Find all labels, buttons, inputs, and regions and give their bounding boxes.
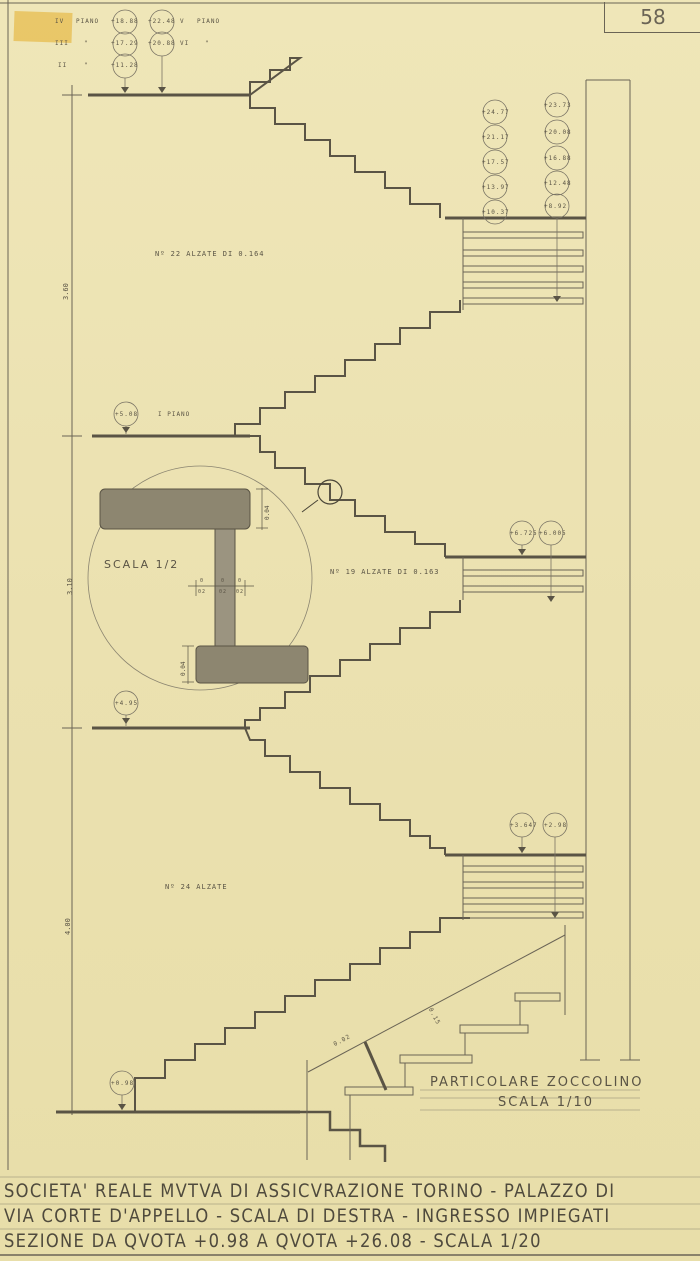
dimension-label: 02 [236,589,244,595]
dimension-label: 0 [200,578,204,584]
title-line-2: VIA CORTE D'APPELLO - SCALA DI DESTRA - … [4,1205,599,1227]
dimension-label: 3.60 [62,283,70,300]
level-value: +3.647 [510,822,538,829]
dimension-label: 0 [238,578,242,584]
legend-floor-v: V [180,18,185,25]
legend-label: PIANO [197,18,220,25]
legend-label: " [84,62,89,69]
flight-label: Nº 19 ALZATE DI 0.163 [330,568,440,576]
level-value: +12.48 [544,180,572,187]
level-value: +20.08 [544,129,572,136]
level-value: +8.92 [544,203,567,210]
level-value: +4.95 [115,700,138,707]
detail-scale-label: SCALA 1/2 [104,558,179,571]
level-value: +0.98 [111,1080,134,1087]
staircase-section-drawing [0,0,700,1261]
flight-label: Nº 22 ALZATE DI 0.164 [155,250,265,258]
title-line-3: SEZIONE DA QVOTA +0.98 A QVOTA +26.08 - … [4,1230,599,1252]
legend-floor-vi: VI [180,40,189,47]
dimension-label: 4.00 [64,918,72,935]
level-value: +23.73 [544,102,572,109]
level-value: +6.005 [539,530,567,537]
dimension-label: 0.04 [180,662,187,676]
level-value: +16.88 [544,155,572,162]
dimension-label: 02 [219,589,227,595]
level-value: +5.08 [115,411,138,418]
dimension-label: 0.04 [264,506,271,520]
level-value: +18.88 [111,18,139,25]
floor-label: I PIANO [158,411,190,418]
dimension-label: 0 [221,578,225,584]
legend-label: PIANO [76,18,99,25]
title-line-1: SOCIETA' REALE MVTVA DI ASSICVRAZIONE TO… [4,1180,599,1202]
legend-label: " [205,40,210,47]
level-value: +20.88 [148,40,176,47]
level-value: +17.57 [482,159,510,166]
level-value: +10.37 [482,209,510,216]
dimension-label: 02 [198,589,206,595]
legend-label: " [84,40,89,47]
zoccolino-detail-title: PARTICOLARE ZOCCOLINO [430,1075,643,1090]
drawing-sheet: 58 [0,0,700,1261]
level-value: +6.725 [510,530,538,537]
level-value: +24.77 [482,109,510,116]
flight-label: Nº 24 ALZATE [165,883,228,891]
zoccolino-detail-scale: SCALA 1/10 [498,1095,594,1110]
level-value: +11.28 [111,62,139,69]
level-value: +2.98 [544,822,567,829]
dimension-label: 3.10 [66,578,74,595]
level-value: +22.48 [148,18,176,25]
legend-floor-iii: III [55,40,69,47]
level-value: +17.29 [111,40,139,47]
level-value: +21.17 [482,134,510,141]
legend-floor-iv: IV [55,18,64,25]
level-value: +13.97 [482,184,510,191]
legend-floor-ii: II [58,62,67,69]
